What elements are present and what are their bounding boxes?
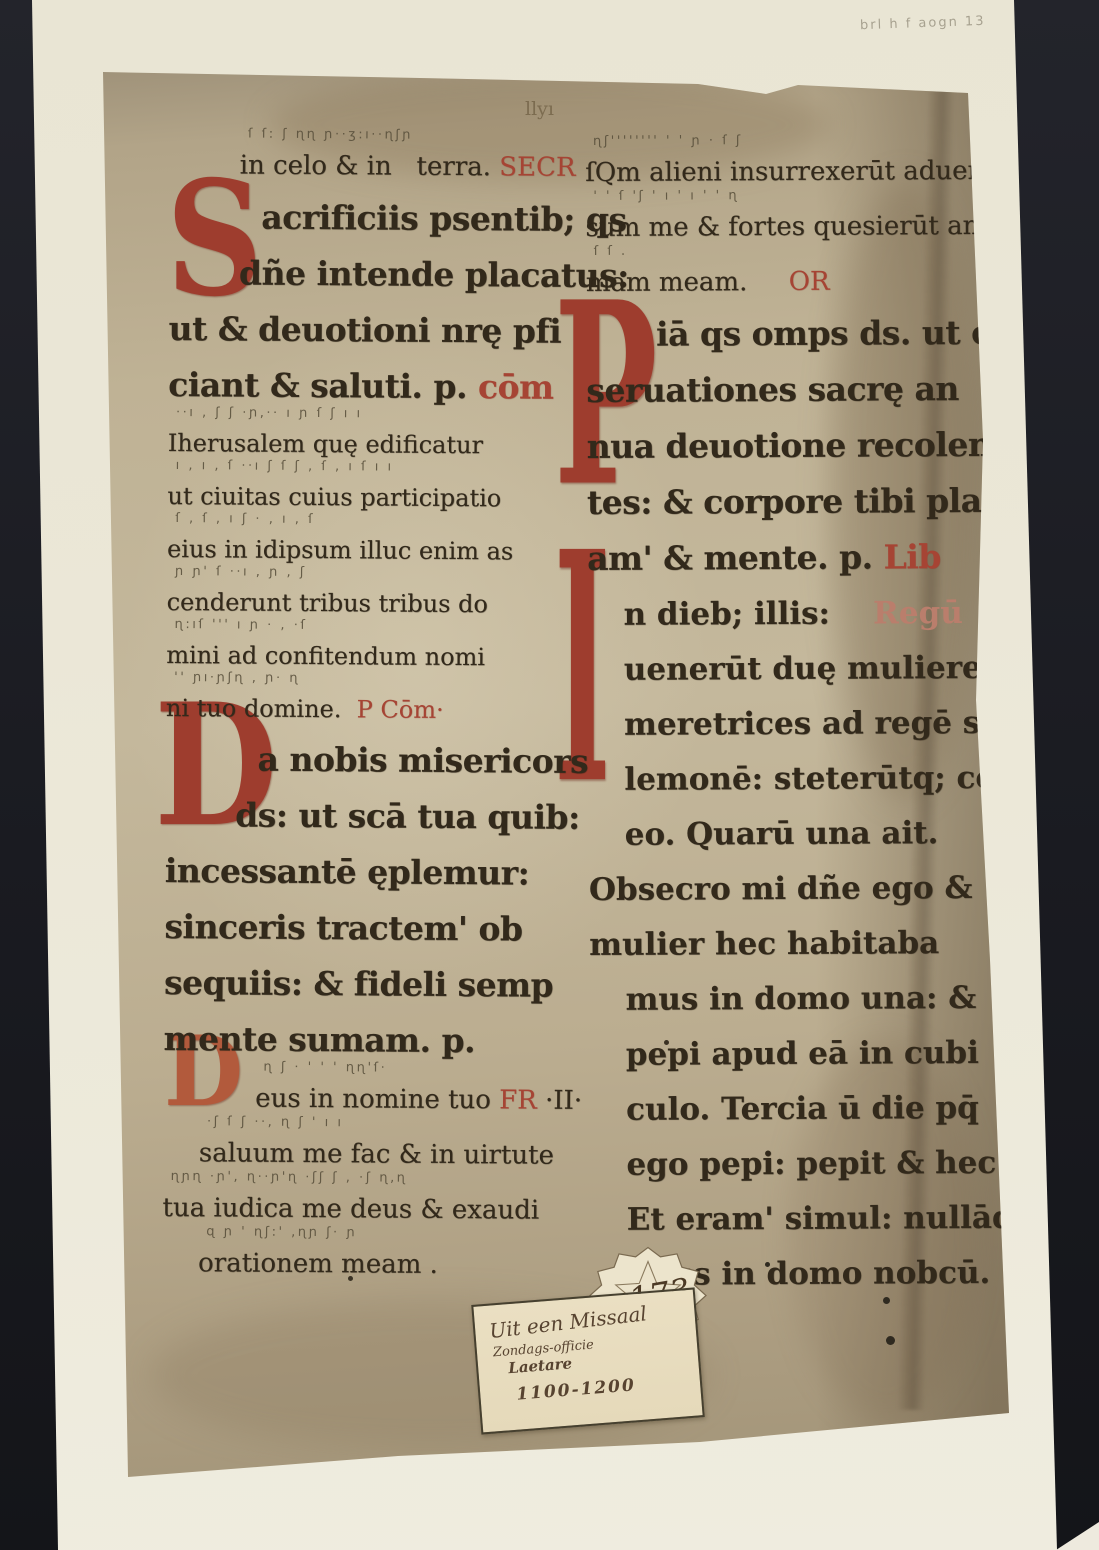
text-segment: mulier hec habitaba [589,925,939,963]
text-segment: ut & deuotioni nrę pfi [168,309,561,351]
text-line: dñe intende placatus: [169,237,579,296]
text-segment: ego pepi: pepit & hec . [626,1145,1018,1183]
text-line: eo. Quarū una ait. [588,797,1028,854]
text-segment: cenderunt tribus tribus do [167,588,488,618]
rubric-segment: P Cōm· [341,695,443,724]
text-segment: n dieb; illis: [623,596,830,633]
text-segment: eus in nomine tuo [255,1084,491,1116]
neumes: ſ ſ . [594,244,628,259]
faint-inscription: llyı [525,98,554,120]
text-line: ı , ı , ſ ··ı ʃ ſ ʃ , ſ , ı ſ ı ıut ciui… [167,458,577,514]
rubric-segment: OR [747,267,829,297]
neumes: ſ , ſ , ı ʃ · , ı , ſ [175,511,315,527]
text-segment: mam meam. [586,267,748,298]
text-segment: ds: ut scā tua quib: [235,795,580,836]
text-line: Obsecro mi dñe ego & [589,852,1029,909]
text-line: am' & mente. p. Lib [587,521,1027,579]
text-line: '' ɲı·ɲʃɳ , ɲ· ɳni tuo domine. P Cōm· [166,670,576,726]
neumes: ɳ ʃ · ' ' ' ɳɳ'ſ· [263,1060,387,1076]
text-segment: acrificiis psentib; qs [261,198,626,240]
text-segment: incessantē ęplemur: [165,851,530,893]
text-segment: meretrices ad regē sa [624,705,1000,743]
text-line: ds: ut scā tua quib: [165,779,575,838]
text-segment: iā qs omps ds. ut ob [656,313,1015,354]
text-line: mus in domo una: & [589,962,1029,1019]
label-date-range: 1100-1200 [516,1371,695,1405]
neumes: '' ɲı·ɲʃɳ , ɲ· ɳ [174,670,300,686]
text-line: pepi apud eā in cubi [590,1017,1030,1074]
text-segment: mus in domo una: & [625,980,976,1018]
text-segment: tes: & corpore tibi place [587,481,1022,522]
text-segment: Obsecro mi dñe ego & [589,870,973,908]
text-segment: sum me & fortes quesierūt ani [585,211,987,243]
text-segment: pepi apud eā in cubi [626,1035,979,1073]
right-column: ɳʃ'''''''' ' ' ɲ · ſ ʃſQm alieni insurre… [585,132,1031,1294]
mat-corner-sliver [1056,1522,1099,1550]
text-line: ut & deuotioni nrę pfi [168,293,578,352]
neumes: ' ' ſ 'ʃ ' ı ' ı ' ' ɳ [593,188,739,204]
rubric-segment: FR [491,1085,537,1115]
text-line: ɳɲɳ ·ɲ', ɳ··ɲ'ɳ ·ʃʃ ʃ , ·ʃ ɳ‚ɳtua iudica… [162,1169,572,1227]
text-line: ɲ ɲ' ſ ··ı , ɲ , ʃcenderunt tribus tribu… [167,564,577,620]
text-line: Et eram' simul: nullāq; [590,1182,1030,1239]
text-segment: tua iudica me deus & exaudi [162,1193,539,1226]
text-line: ɳ:ıſ ''' ı ɲ · , ·ſmini ad confitendum n… [166,617,576,673]
text-line: ciant & saluti. p. cōm [168,349,578,408]
text-line: tes: & corpore tibi place [587,465,1027,523]
text-line: ſ , ſ , ı ʃ · , ı , ſeius in idipsum ill… [167,511,577,567]
neumes: ɋ ɲ ' ɳʃ:' ,ɳɲ ʃ· ɲ [206,1224,357,1240]
text-segment: am' & mente. p. [587,538,873,578]
photograph: brl h f aogn 13 llyı S D D P I ſ ſ: ʃ ɳɳ… [0,0,1099,1550]
neumes: ı , ı , ſ ··ı ʃ ſ ʃ , ſ , ı ſ ı ı [176,458,394,475]
text-segment: sinceris tractem' ob [164,907,522,948]
text-segment: Iherusalem quę edificatur [168,429,483,459]
text-line: lemonē: steterūtq; corā [588,742,1028,799]
manuscript-leaf: llyı S D D P I ſ ſ: ʃ ɳɳ ɲ··ʒ:ı··ɳʃɲin c… [90,60,1020,1490]
text-segment: orationem meam . [198,1248,438,1280]
neumes: ɳʃ'''''''' ' ' ɲ · ſ ʃ [593,133,743,149]
neumes: ɳ:ıſ ''' ı ɲ · , ·ſ [174,617,307,633]
neumes: ɳɲɳ ·ɲ', ɳ··ɲ'ɳ ·ʃʃ ʃ , ·ʃ ɳ‚ɳ [171,1169,408,1186]
text-segment: ·II· [537,1086,583,1116]
text-line: incessantē ęplemur: [165,835,575,894]
text-line: sequiis: & fideli semp [164,947,574,1006]
text-segment: in celo & in terra. [240,150,491,182]
neumes: ··ı , ʃ ʃ ·ɲ,·· ı ɲ ſ ʃ ı ı [176,405,363,421]
text-line: meretrices ad regē sa [588,687,1028,744]
neumes: ſ ſ: ʃ ɳɳ ɲ··ʒ:ı··ɳʃɲ [248,127,413,143]
rubric-segment: cōm [467,367,554,407]
text-line: ɳ ʃ · ' ' ' ɳɳ'ſ·eus in nomine tuo FR ·I… [163,1059,573,1117]
text-segment: uenerūt duę mulieres [624,650,1000,688]
rubric-segment: Regū [830,595,963,632]
text-line: mente sumam. p. [163,1003,573,1062]
text-segment: ut ciuitas cuius participatio [167,482,501,512]
text-segment: eius in idipsum illuc enim as [167,535,513,565]
text-segment: Et eram' simul: nullāq; [627,1200,1026,1238]
text-segment: ciant & saluti. p. [168,365,467,406]
text-line: nua deuotione recolen [586,409,1026,467]
text-line: ·ʃ ſ ʃ ··, ɳ ʃ ' ı ısaluum me fac & in u… [163,1114,573,1172]
text-line: culo. Tercia ū die pq̄ [590,1072,1030,1129]
text-line: iā qs omps ds. ut ob [586,297,1026,355]
text-segment: a nobis misericors [257,740,588,781]
text-segment: mente sumam. p. [163,1019,475,1060]
text-segment: lemonē: steterūtq; corā [624,760,1032,798]
text-line: ſ ſ: ʃ ɳɳ ɲ··ʒ:ı··ɳʃɲin celo & in terra.… [170,126,580,184]
text-segment: ni tuo domine. [166,694,342,723]
text-line: mulier hec habitaba [589,907,1029,964]
rubric-segment: SECR [491,152,576,183]
text-segment: eo. Quarū una ait. [625,815,939,853]
text-line: a nobis misericors [165,723,575,782]
text-segment: sequiis: & fideli semp [164,963,553,1005]
text-line: acrificiis psentib; qs [169,181,579,240]
text-line: n dieb; illis: Regū [587,577,1027,634]
text-line: ego pepi: pepit & hec . [590,1127,1030,1184]
collection-label: Uit een Missaal Zondags-officie Laetare … [471,1287,705,1434]
text-line: ɋ ɲ ' ɳʃ:' ,ɳɲ ʃ· ɲorationem meam . [162,1224,572,1282]
text-line: uenerūt duę mulieres [588,632,1028,689]
text-line: ' ' ſ 'ʃ ' ı ' ı ' ' ɳsum me & fortes qu… [585,187,1025,244]
text-segment: ſQm alieni insurrexerūt aduer [585,156,980,188]
text-segment: mini ad confitendum nomi [166,641,485,671]
neumes: ·ʃ ſ ʃ ··, ɳ ʃ ' ı ı [207,1114,344,1130]
text-segment: culo. Tercia ū die pq̄ [626,1090,979,1128]
text-line: ſ ſ .mam meam. OR [586,242,1026,299]
left-column: ſ ſ: ʃ ɳɳ ɲ··ʒ:ı··ɳʃɲin celo & in terra.… [162,126,580,1282]
text-segment: dñe intende placatus: [239,253,629,295]
rubric-segment: Lib [872,537,941,576]
text-segment: nua deuotione recolen [587,425,992,466]
text-line: ɳʃ'''''''' ' ' ɲ · ſ ʃſQm alieni insurre… [585,132,1025,189]
text-segment: saluum me fac & in uirtute [199,1138,554,1170]
text-segment: seruationes sacrę an [586,369,959,410]
text-line: seruationes sacrę an [586,353,1026,411]
text-line: ··ı , ʃ ʃ ·ɲ,·· ı ɲ ſ ʃ ı ıIherusalem qu… [168,405,578,461]
text-line: sinceris tractem' ob [164,891,574,950]
neumes: ɲ ɲ' ſ ··ı , ɲ , ʃ [175,564,307,580]
